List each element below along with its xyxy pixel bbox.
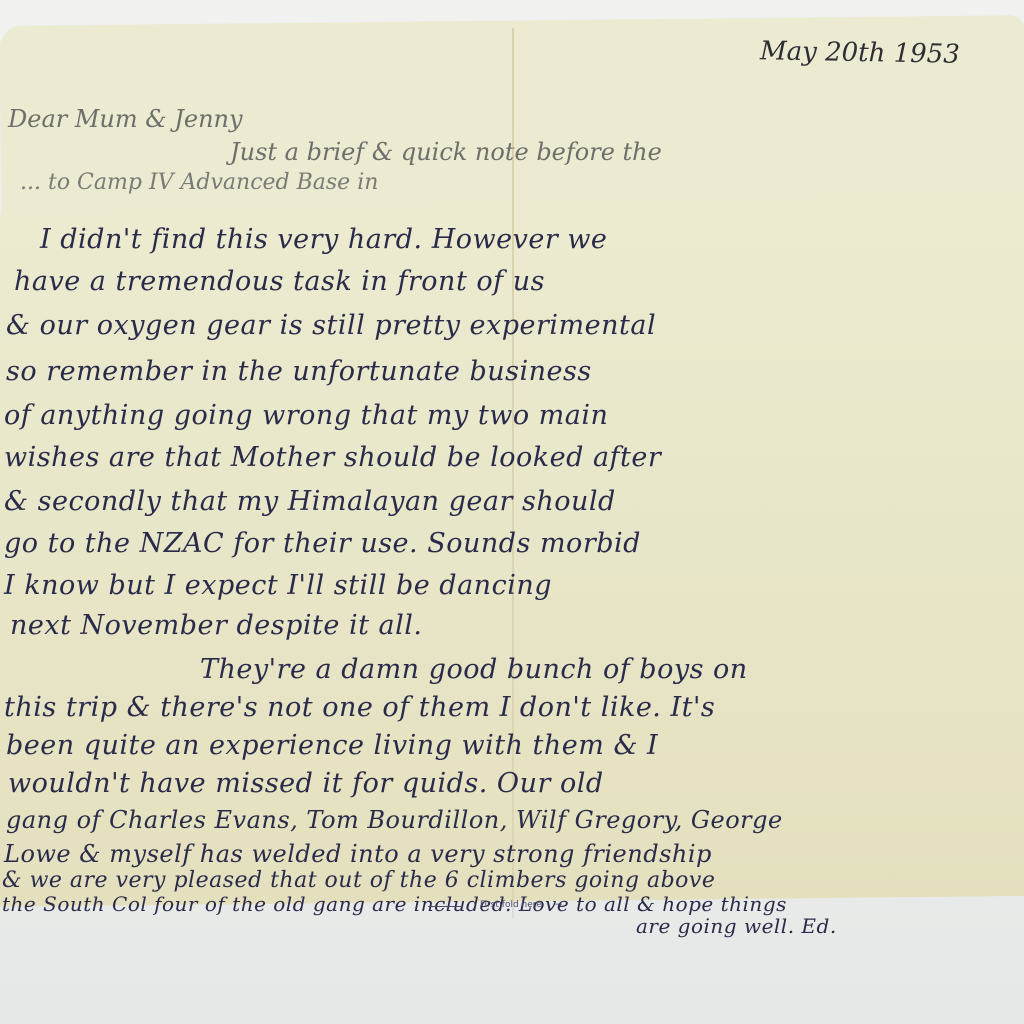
fold-instruction: First fold here → [480,900,562,910]
letter-signoff: are going well. Ed. [636,914,837,938]
letter-line: of anything going wrong that my two main [4,400,608,431]
letter-line: & our oxygen gear is still pretty experi… [6,310,656,341]
letter-line: Lowe & myself has welded into a very str… [4,840,712,868]
letter-line: & we are very pleased that out of the 6 … [2,868,715,893]
letter-line: wishes are that Mother should be looked … [4,442,661,473]
letter-line: so remember in the unfortunate business [6,356,592,387]
letter-line: been quite an experience living with the… [6,730,658,761]
photo-stage: May 20th 1953 Dear Mum & Jenny Just a br… [0,0,1024,1024]
letter-line: go to the NZAC for their use. Sounds mor… [4,528,641,559]
fold-instruction-text: First fold here [480,900,542,910]
fold-tick-mark [428,906,462,907]
letter-line: this trip & there's not one of them I do… [4,692,715,723]
letter-line: wouldn't have missed it for quids. Our o… [8,768,604,799]
letter-line: I know but I expect I'll still be dancin… [4,570,552,601]
letter-line: gang of Charles Evans, Tom Bourdillon, W… [6,806,783,834]
pencil-line: Just a brief & quick note before the [230,138,662,166]
letter-line: have a tremendous task in front of us [14,266,545,297]
salutation: Dear Mum & Jenny [8,105,243,133]
letter-line: They're a damn good bunch of boys on [200,654,748,685]
letter-line: I didn't find this very hard. However we [40,224,607,255]
letter-date: May 20th 1953 [760,36,960,69]
pencil-line: ... to Camp IV Advanced Base in [20,170,378,195]
letter-line: & secondly that my Himalayan gear should [4,486,616,517]
arrow-right-icon: → [555,900,563,910]
letter-line: next November despite it all. [10,610,422,641]
letter-line: the South Col four of the old gang are i… [2,892,787,916]
